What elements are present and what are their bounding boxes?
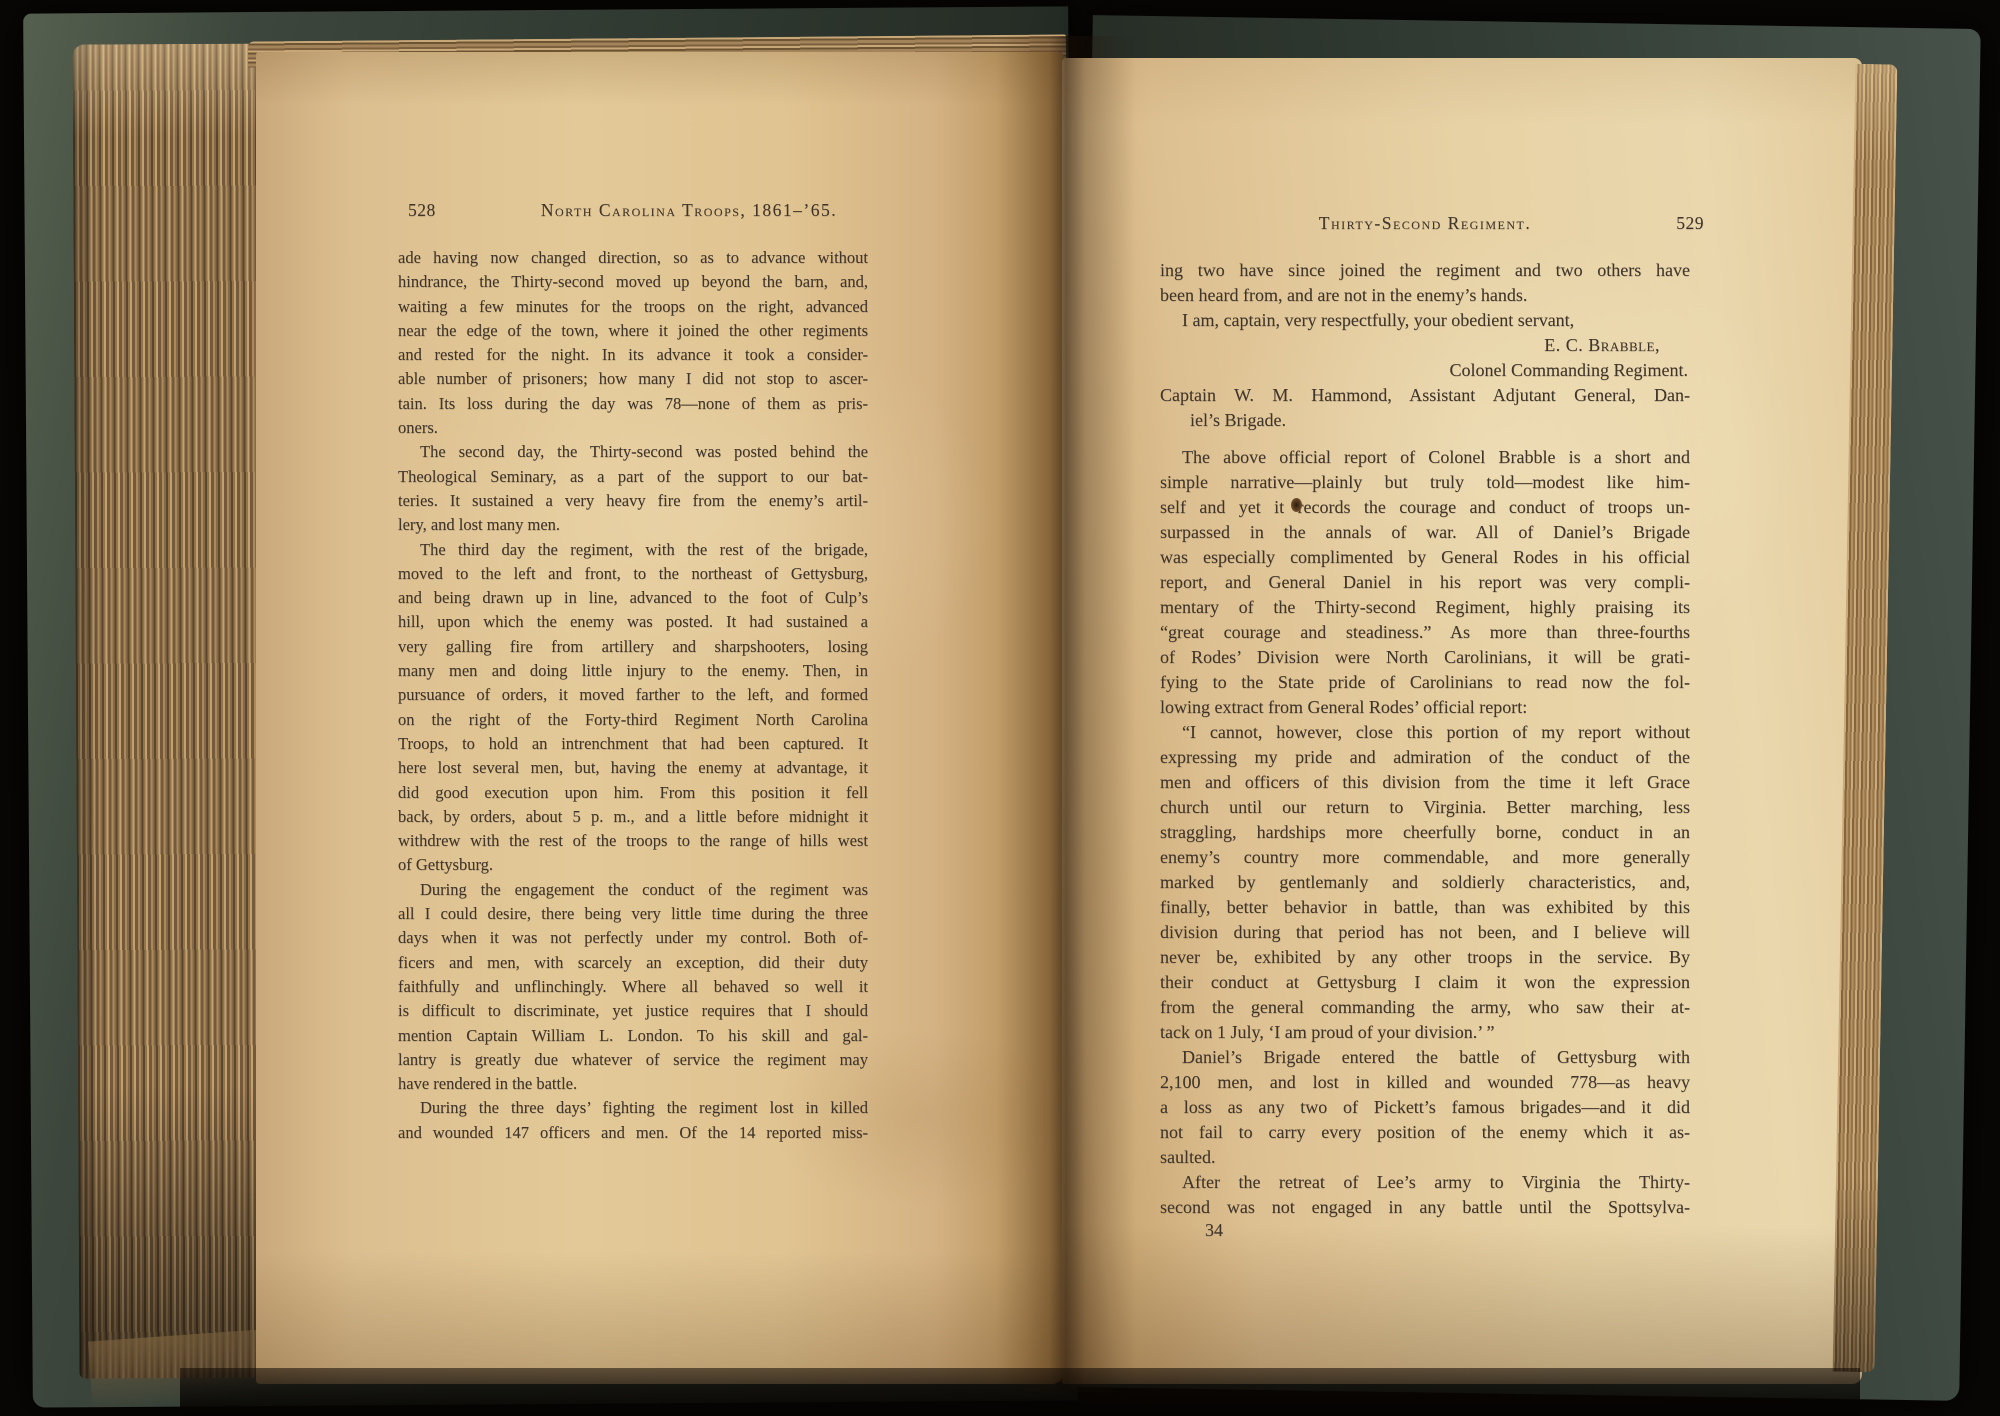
paragraph: After the retreat of Lee’s army to Virgi… (1160, 1170, 1690, 1220)
text-line: oners. (398, 416, 868, 440)
text-line: report, and General Daniel in his report… (1160, 570, 1690, 595)
paragraph: The third day the regiment, with the res… (398, 538, 868, 878)
text-line: The third day the regiment, with the res… (398, 538, 868, 562)
paragraph: The second day, the Thirty-second was po… (398, 440, 868, 537)
text-line: The above official report of Colonel Bra… (1160, 445, 1690, 470)
text-line: their conduct at Gettysburg I claim it w… (1160, 970, 1690, 995)
paragraph: During the three days’ fighting the regi… (398, 1096, 868, 1145)
paragraph: Colonel Commanding Regiment. (1160, 358, 1690, 383)
text-line: During the three days’ fighting the regi… (398, 1096, 868, 1120)
text-line: fying to the State pride of Carolinians … (1160, 670, 1690, 695)
paragraph: The above official report of Colonel Bra… (1160, 445, 1690, 720)
text-line: lery, and lost many men. (398, 513, 868, 537)
text-line: very galling fire from artillery and sha… (398, 635, 868, 659)
text-line: second was not engaged in any battle unt… (1160, 1195, 1690, 1220)
text-line: teries. It sustained a very heavy fire f… (398, 489, 868, 513)
right-page-text: ing two have since joined the regiment a… (1160, 258, 1690, 1220)
text-line: and being drawn up in line, advanced to … (398, 586, 868, 610)
text-line: is difficult to discriminate, yet justic… (398, 999, 868, 1023)
text-line: Colonel Commanding Regiment. (1160, 358, 1690, 383)
ink-blot (1291, 498, 1302, 512)
text-line: hindrance, the Thirty-second moved up be… (398, 270, 868, 294)
signature-mark: 34 (1205, 1220, 1223, 1241)
text-line: here lost several men, but, having the e… (398, 756, 868, 780)
text-line: mentary of the Thirty-second Regiment, h… (1160, 595, 1690, 620)
text-line: hill, upon which the enemy was posted. I… (398, 610, 868, 634)
text-line: was especially complimented by General R… (1160, 545, 1690, 570)
text-line: straggling, hardships more cheerfully bo… (1160, 820, 1690, 845)
paragraph: “I cannot, however, close this portion o… (1160, 720, 1690, 1045)
text-line: many men and doing little injury to the … (398, 659, 868, 683)
text-line: iel’s Brigade. (1160, 408, 1690, 433)
text-line: mention Captain William L. London. To hi… (398, 1024, 868, 1048)
text-line: of Gettysburg. (398, 853, 868, 877)
text-line: moved to the left and front, to the nort… (398, 562, 868, 586)
left-running-title: North Carolina Troops, 1861–’65. (454, 200, 924, 221)
text-line: The second day, the Thirty-second was po… (398, 440, 868, 464)
text-line: have rendered in the battle. (398, 1072, 868, 1096)
text-line: did good execution upon him. From this p… (398, 781, 868, 805)
text-line: saulted. (1160, 1145, 1690, 1170)
right-page-number: 529 (1676, 213, 1704, 234)
text-line: E. C. Brabble, (1160, 333, 1690, 358)
right-running-title: Thirty-Second Regiment. (1160, 213, 1690, 234)
text-line: church until our return to Virginia. Bet… (1160, 795, 1690, 820)
paragraph: Captain W. M. Hammond, Assistant Adjutan… (1160, 383, 1690, 433)
text-line: not fail to carry every position of the … (1160, 1120, 1690, 1145)
text-line: Theological Seminary, as a part of the s… (398, 465, 868, 489)
text-line: simple narrative—plainly but truly told—… (1160, 470, 1690, 495)
text-line: and rested for the night. In its advance… (398, 343, 868, 367)
text-line: days when it was not perfectly under my … (398, 926, 868, 950)
text-line: enemy’s country more commendable, and mo… (1160, 845, 1690, 870)
text-line: never be, exhibited by any other troops … (1160, 945, 1690, 970)
text-line: ficers and men, with scarcely an excepti… (398, 951, 868, 975)
text-line: near the edge of the town, where it join… (398, 319, 868, 343)
text-line: During the engagement the conduct of the… (398, 878, 868, 902)
text-line: surpassed in the annals of war. All of D… (1160, 520, 1690, 545)
text-line: faithfully and unflinchingly. Where all … (398, 975, 868, 999)
text-line: ing two have since joined the regiment a… (1160, 258, 1690, 283)
text-line: After the retreat of Lee’s army to Virgi… (1160, 1170, 1690, 1195)
text-line: pursuance of orders, it moved farther to… (398, 683, 868, 707)
paragraph: Daniel’s Brigade entered the battle of G… (1160, 1045, 1690, 1170)
book-photo: { "photo": { "background_color": "#09070… (0, 0, 2000, 1416)
text-line: waiting a few minutes for the troops on … (398, 295, 868, 319)
text-line: “great courage and steadiness.” As more … (1160, 620, 1690, 645)
text-line: able number of prisoners; how many I did… (398, 367, 868, 391)
paragraph: I am, captain, very respectfully, your o… (1160, 308, 1690, 333)
text-line: division during that period has not been… (1160, 920, 1690, 945)
paragraph: E. C. Brabble, (1160, 333, 1690, 358)
text-line: expressing my pride and admiration of th… (1160, 745, 1690, 770)
text-line: self and yet it records the courage and … (1160, 495, 1690, 520)
text-line: Troops, to hold an intrenchment that had… (398, 732, 868, 756)
paragraph: ade having now changed direction, so as … (398, 246, 868, 440)
text-line: tack on 1 July, ‘I am proud of your divi… (1160, 1020, 1690, 1045)
text-line: from the general commanding the army, wh… (1160, 995, 1690, 1020)
paragraph: ing two have since joined the regiment a… (1160, 258, 1690, 308)
text-line: of Rodes’ Division were North Carolinian… (1160, 645, 1690, 670)
text-line: I am, captain, very respectfully, your o… (1160, 308, 1690, 333)
left-page-header: 528 North Carolina Troops, 1861–’65. (398, 200, 868, 221)
text-line: ade having now changed direction, so as … (398, 246, 868, 270)
text-line: all I could desire, there being very lit… (398, 902, 868, 926)
text-line: lantry is greatly due whatever of servic… (398, 1048, 868, 1072)
text-line: a loss as any two of Pickett’s famous br… (1160, 1095, 1690, 1120)
text-line: 2,100 men, and lost in killed and wounde… (1160, 1070, 1690, 1095)
text-line: withdrew with the rest of the troops to … (398, 829, 868, 853)
text-line: Daniel’s Brigade entered the battle of G… (1160, 1045, 1690, 1070)
text-line: Captain W. M. Hammond, Assistant Adjutan… (1160, 383, 1690, 408)
left-page-text: ade having now changed direction, so as … (398, 246, 868, 1145)
text-line: lowing extract from General Rodes’ offic… (1160, 695, 1690, 720)
left-page-number: 528 (408, 200, 436, 221)
text-line: on the right of the Forty-third Regiment… (398, 708, 868, 732)
text-line: “I cannot, however, close this portion o… (1160, 720, 1690, 745)
text-line: and wounded 147 officers and men. Of the… (398, 1121, 868, 1145)
text-line: tain. Its loss during the day was 78—non… (398, 392, 868, 416)
text-line: men and officers of this division from t… (1160, 770, 1690, 795)
text-line: been heard from, and are not in the enem… (1160, 283, 1690, 308)
text-line: finally, better behavior in battle, than… (1160, 895, 1690, 920)
paragraph: During the engagement the conduct of the… (398, 878, 868, 1097)
text-line: marked by gentlemanly and soldierly char… (1160, 870, 1690, 895)
right-page-header: Thirty-Second Regiment. 529 (1160, 213, 1690, 234)
text-line: back, by orders, about 5 p. m., and a li… (398, 805, 868, 829)
page-stack-fore-edge (73, 43, 282, 1378)
